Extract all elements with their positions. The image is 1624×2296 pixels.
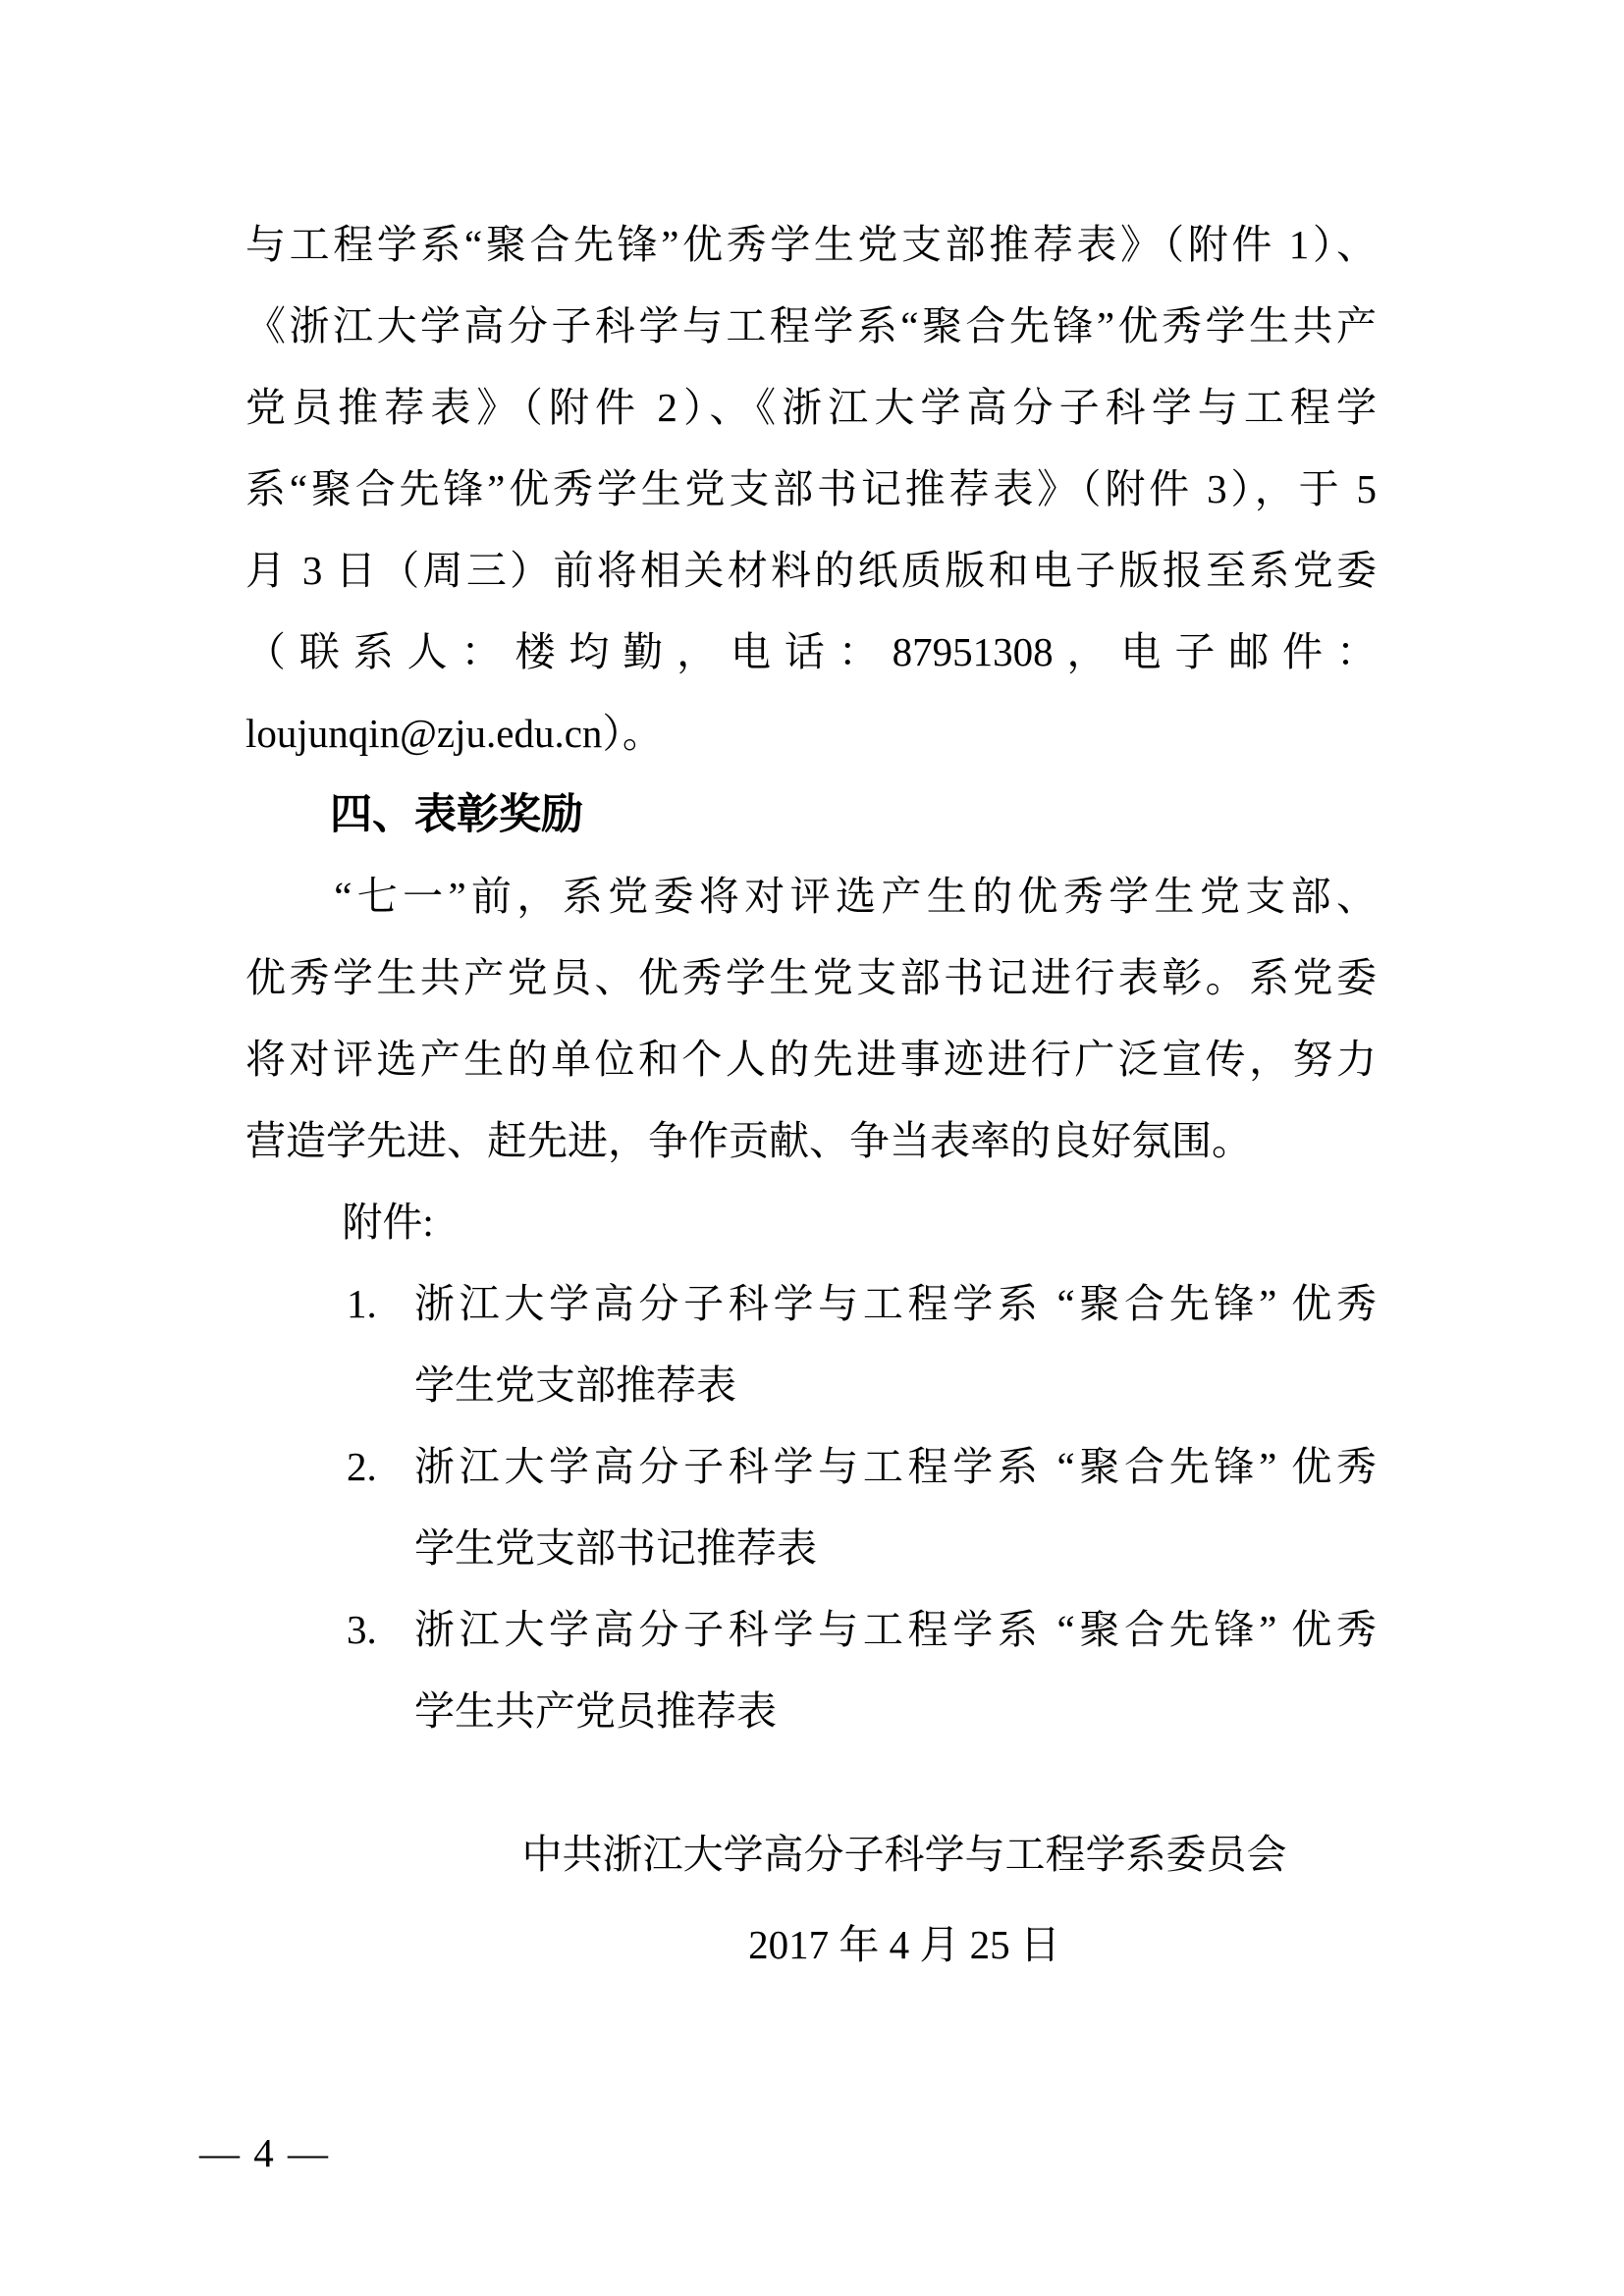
attachment-list: 1. 浙江大学高分子科学与工程学系 “聚合先锋” 优秀 学生党支部推荐表 2. … xyxy=(245,1263,1377,1752)
attachment-item-number: 2. xyxy=(347,1426,377,1508)
paragraph-line: 营造学先进、赶先进，争作贡献、争当表率的良好氛围。 xyxy=(245,1100,1377,1182)
attachments-label: 附件: xyxy=(245,1182,1377,1263)
paragraph-line: 月 3 日（周三）前将相关材料的纸质版和电子版报至系党委 xyxy=(245,530,1377,612)
paragraph-line: 将对评选产生的单位和个人的先进事迹进行广泛宣传，努力 xyxy=(245,1019,1377,1100)
paragraph-line: “七一”前，系党委将对评选产生的优秀学生党支部、 xyxy=(245,856,1377,937)
attachment-item-number: 3. xyxy=(347,1589,377,1671)
document-page: 与工程学系“聚合先锋”优秀学生党支部推荐表》（附件 1）、 《浙江大学高分子科学… xyxy=(0,0,1624,2296)
attachment-item-title-line: 学生共产党员推荐表 xyxy=(414,1671,1377,1752)
attachment-item: 3. 浙江大学高分子科学与工程学系 “聚合先锋” 优秀 学生共产党员推荐表 xyxy=(245,1589,1377,1752)
attachment-item-number: 1. xyxy=(347,1263,377,1345)
body-paragraph-commendation: “七一”前，系党委将对评选产生的优秀学生党支部、 优秀学生共产党员、优秀学生党支… xyxy=(245,856,1377,1182)
page-number: — 4 — xyxy=(199,2112,330,2194)
paragraph-line: 与工程学系“聚合先锋”优秀学生党支部推荐表》（附件 1）、 xyxy=(245,204,1377,286)
paragraph-line: 党员推荐表》（附件 2）、《浙江大学高分子科学与工程学 xyxy=(245,367,1377,449)
attachment-item-title-line: 浙江大学高分子科学与工程学系 “聚合先锋” 优秀 xyxy=(414,1263,1377,1345)
page-content: 与工程学系“聚合先锋”优秀学生党支部推荐表》（附件 1）、 《浙江大学高分子科学… xyxy=(245,204,1377,1986)
signature-block: 中共浙江大学高分子科学与工程学系委员会 2017 年 4 月 25 日 xyxy=(245,1814,1377,1986)
signature-committee: 中共浙江大学高分子科学与工程学系委员会 xyxy=(432,1814,1377,1896)
attachment-item: 1. 浙江大学高分子科学与工程学系 “聚合先锋” 优秀 学生党支部推荐表 xyxy=(245,1263,1377,1426)
attachment-item-title-line: 学生党支部推荐表 xyxy=(414,1345,1377,1426)
body-paragraph-continuation: 与工程学系“聚合先锋”优秀学生党支部推荐表》（附件 1）、 《浙江大学高分子科学… xyxy=(245,204,1377,774)
paragraph-line: （联系人：楼均勤，电话：87951308，电子邮件： xyxy=(245,612,1377,693)
attachment-item-title-line: 学生党支部书记推荐表 xyxy=(414,1508,1377,1589)
document-date: 2017 年 4 月 25 日 xyxy=(432,1904,1377,1986)
attachment-item-title-line: 浙江大学高分子科学与工程学系 “聚合先锋” 优秀 xyxy=(414,1589,1377,1671)
attachment-item-title-line: 浙江大学高分子科学与工程学系 “聚合先锋” 优秀 xyxy=(414,1426,1377,1508)
section-heading: 四、表彰奖励 xyxy=(245,774,1377,856)
attachment-item: 2. 浙江大学高分子科学与工程学系 “聚合先锋” 优秀 学生党支部书记推荐表 xyxy=(245,1426,1377,1589)
paragraph-line: 《浙江大学高分子科学与工程学系“聚合先锋”优秀学生共产 xyxy=(245,286,1377,367)
paragraph-line: 优秀学生共产党员、优秀学生党支部书记进行表彰。系党委 xyxy=(245,937,1377,1019)
paragraph-line-email: loujunqin@zju.edu.cn）。 xyxy=(245,693,1377,774)
paragraph-line: 系“聚合先锋”优秀学生党支部书记推荐表》（附件 3），于 5 xyxy=(245,449,1377,530)
